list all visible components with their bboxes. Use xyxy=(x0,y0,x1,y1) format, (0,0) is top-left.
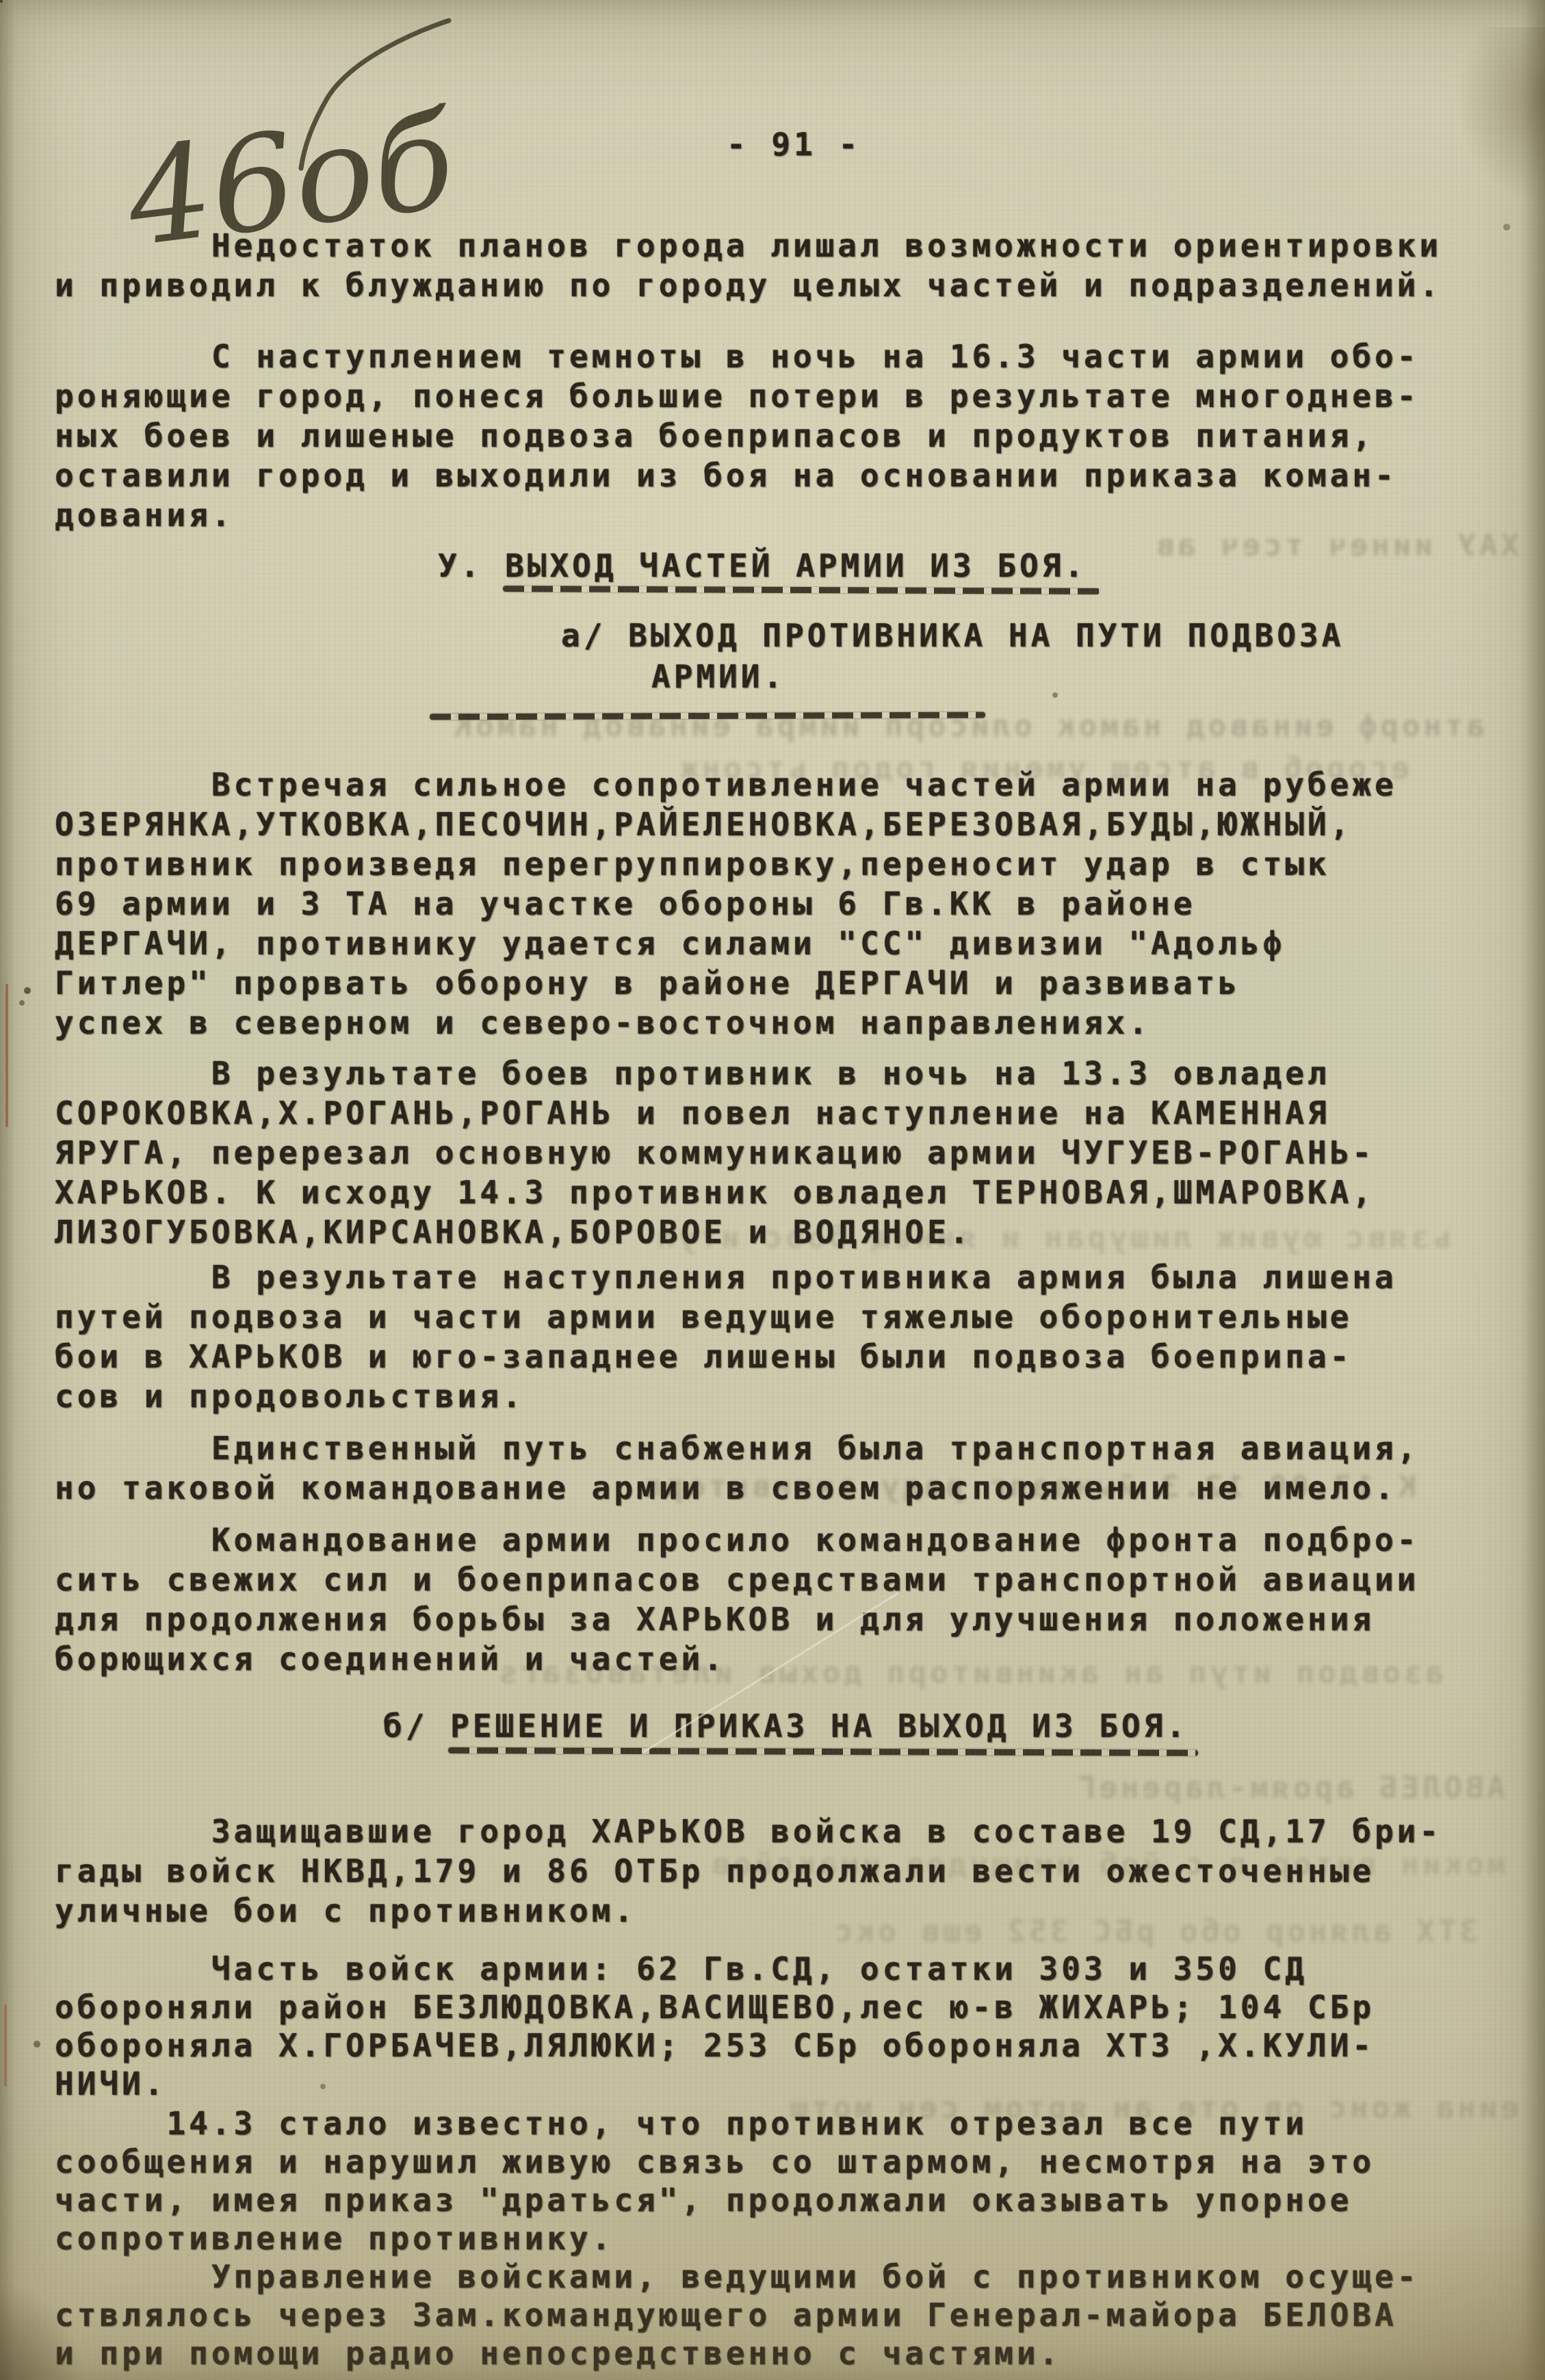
text-line: путей подвоза и части армии ведущие тяже… xyxy=(55,1297,1505,1337)
text-line: ХАРЬКОВ. К исходу 14.3 противник овладел… xyxy=(55,1173,1505,1212)
subsection-b-heading: б/ РЕШЕНИЕ И ПРИКАЗ НА ВЫХОД ИЗ БОЯ. xyxy=(383,1706,1189,1746)
text-line: НИЧИ. xyxy=(55,2065,1505,2103)
paper-stain xyxy=(1456,27,1545,205)
paragraph-10: 14.3 стало известно, что противник отрез… xyxy=(55,2104,1505,2258)
text-line: 69 армии и 3 ТА на участке обороны 6 Гв.… xyxy=(55,884,1505,924)
paragraph-1: Недостаток планов города лишал возможнос… xyxy=(55,226,1505,305)
text-line: дования. xyxy=(55,495,1505,535)
text-line: противник произведя перегруппировку,пере… xyxy=(55,844,1505,884)
text-line: Единственный путь снабжения была транспо… xyxy=(55,1428,1505,1468)
paragraph-9: Часть войск армии: 62 Гв.СД, остатки 303… xyxy=(55,1950,1505,2103)
text-line: но таковой командование армии в своем ра… xyxy=(55,1468,1505,1508)
text-line: сить свежих сил и боеприпасов средствами… xyxy=(55,1560,1505,1599)
paragraph-4: В результате боев противник в ночь на 13… xyxy=(55,1054,1505,1252)
text-line: обороняла Х.ГОРБАЧЕВ,ЛЯЛЮКИ; 253 СБр обо… xyxy=(55,2026,1505,2065)
ink-specks xyxy=(0,0,3,3)
text-line: В результате наступления противника арми… xyxy=(55,1257,1505,1297)
text-line: сопротивление противнику. xyxy=(55,2219,1505,2258)
text-line: для продолжения борьбы за ХАРЬКОВ и для … xyxy=(55,1599,1505,1639)
text-line: ДЕРГАЧИ, противнику удается силами "СС" … xyxy=(55,924,1505,963)
text-line: Защищавшие город ХАРЬКОВ войска в состав… xyxy=(55,1812,1505,1851)
paragraph-3: Встречая сильное сопротивление частей ар… xyxy=(55,765,1505,1043)
text-line: В результате боев противник в ночь на 13… xyxy=(55,1054,1505,1093)
text-line: ОЗЕРЯНКА,УТКОВКА,ПЕСОЧИН,РАЙЕЛЕНОВКА,БЕР… xyxy=(55,805,1505,844)
subsection-a-heading-line1: а/ ВЫХОД ПРОТИВНИКА НА ПУТИ ПОДВОЗА xyxy=(561,616,1344,655)
text-line: Недостаток планов города лишал возможнос… xyxy=(55,226,1505,265)
text-line: СОРОКОВКА,Х.РОГАНЬ,РОГАНЬ и повел наступ… xyxy=(55,1093,1505,1133)
page-number: - 91 - xyxy=(727,125,861,164)
margin-mark xyxy=(5,984,8,1127)
text-line: ных боев и лишеные подвоза боеприпасов и… xyxy=(55,416,1505,456)
text-line: ЯРУГА, перерезал основную коммуникацию а… xyxy=(55,1133,1505,1173)
text-line: сов и продовольствия. xyxy=(55,1376,1505,1416)
text-line: роняющие город, понеся большие потери в … xyxy=(55,376,1505,416)
section-heading: У. ВЫХОД ЧАСТЕЙ АРМИИ ИЗ БОЯ. xyxy=(438,546,1087,586)
text-line: ствлялось через Зам.командующего армии Г… xyxy=(55,2296,1505,2334)
text-line: Часть войск армии: 62 Гв.СД, остатки 303… xyxy=(55,1950,1505,1988)
text-line: уличные бои с противником. xyxy=(55,1891,1505,1931)
text-line: борющихся соединений и частей. xyxy=(55,1639,1505,1679)
text-line: обороняли район БЕЗЛЮДОВКА,ВАСИЩЕВО,лес … xyxy=(55,1988,1505,2026)
scanned-document-page: ХАУ иинеч тсеч ав атнорф еинавод намок о… xyxy=(0,0,1545,2380)
paragraph-2: С наступлением темноты в ночь на 16.3 ча… xyxy=(55,337,1505,535)
bleedthrough-text: АВОЛЕБ ароям-ларенеГ xyxy=(985,1770,1505,1805)
paragraph-6: Единственный путь снабжения была транспо… xyxy=(55,1428,1505,1508)
paragraph-11: Управление войсками, ведущими бой с прот… xyxy=(55,2258,1505,2372)
text-line: 14.3 стало известно, что противник отрез… xyxy=(55,2104,1505,2143)
margin-mark xyxy=(4,2004,7,2087)
text-line: ЛИЗОГУБОВКА,КИРСАНОВКА,БОРОВОЕ и ВОДЯНОЕ… xyxy=(55,1212,1505,1252)
heading-underline xyxy=(430,712,985,720)
paragraph-8: Защищавшие город ХАРЬКОВ войска в состав… xyxy=(55,1812,1505,1931)
text-line: Гитлер" прорвать оборону в районе ДЕРГАЧ… xyxy=(55,963,1505,1003)
text-line: успех в северном и северо-восточном напр… xyxy=(55,1003,1505,1043)
text-line: Управление войсками, ведущими бой с прот… xyxy=(55,2258,1505,2296)
paper-edge-shadow xyxy=(0,0,15,2380)
subsection-a-heading-line2: АРМИИ. xyxy=(651,657,786,696)
text-line: Встречая сильное сопротивление частей ар… xyxy=(55,765,1505,805)
text-line: и приводил к блужданию по городу целых ч… xyxy=(55,265,1505,305)
text-line: Командование армии просило командование … xyxy=(55,1520,1505,1560)
text-line: части, имея приказ "драться", продолжали… xyxy=(55,2181,1505,2219)
text-line: С наступлением темноты в ночь на 16.3 ча… xyxy=(55,337,1505,376)
text-line: оставили город и выходили из боя на осно… xyxy=(55,456,1505,495)
heading-underline xyxy=(503,586,1100,594)
heading-underline xyxy=(448,1747,1198,1756)
paper-edge-shadow xyxy=(1522,0,1545,2380)
text-line: сообщения и нарушил живую связь со штарм… xyxy=(55,2143,1505,2181)
text-line: бои в ХАРЬКОВ и юго-западнее лишены были… xyxy=(55,1337,1505,1376)
paragraph-7: Командование армии просило командование … xyxy=(55,1520,1505,1679)
text-line: гады войск НКВД,179 и 86 ОТБр продолжали… xyxy=(55,1851,1505,1891)
paragraph-5: В результате наступления противника арми… xyxy=(55,1257,1505,1416)
text-line: и при помощи радио непосредственно с час… xyxy=(55,2334,1505,2372)
